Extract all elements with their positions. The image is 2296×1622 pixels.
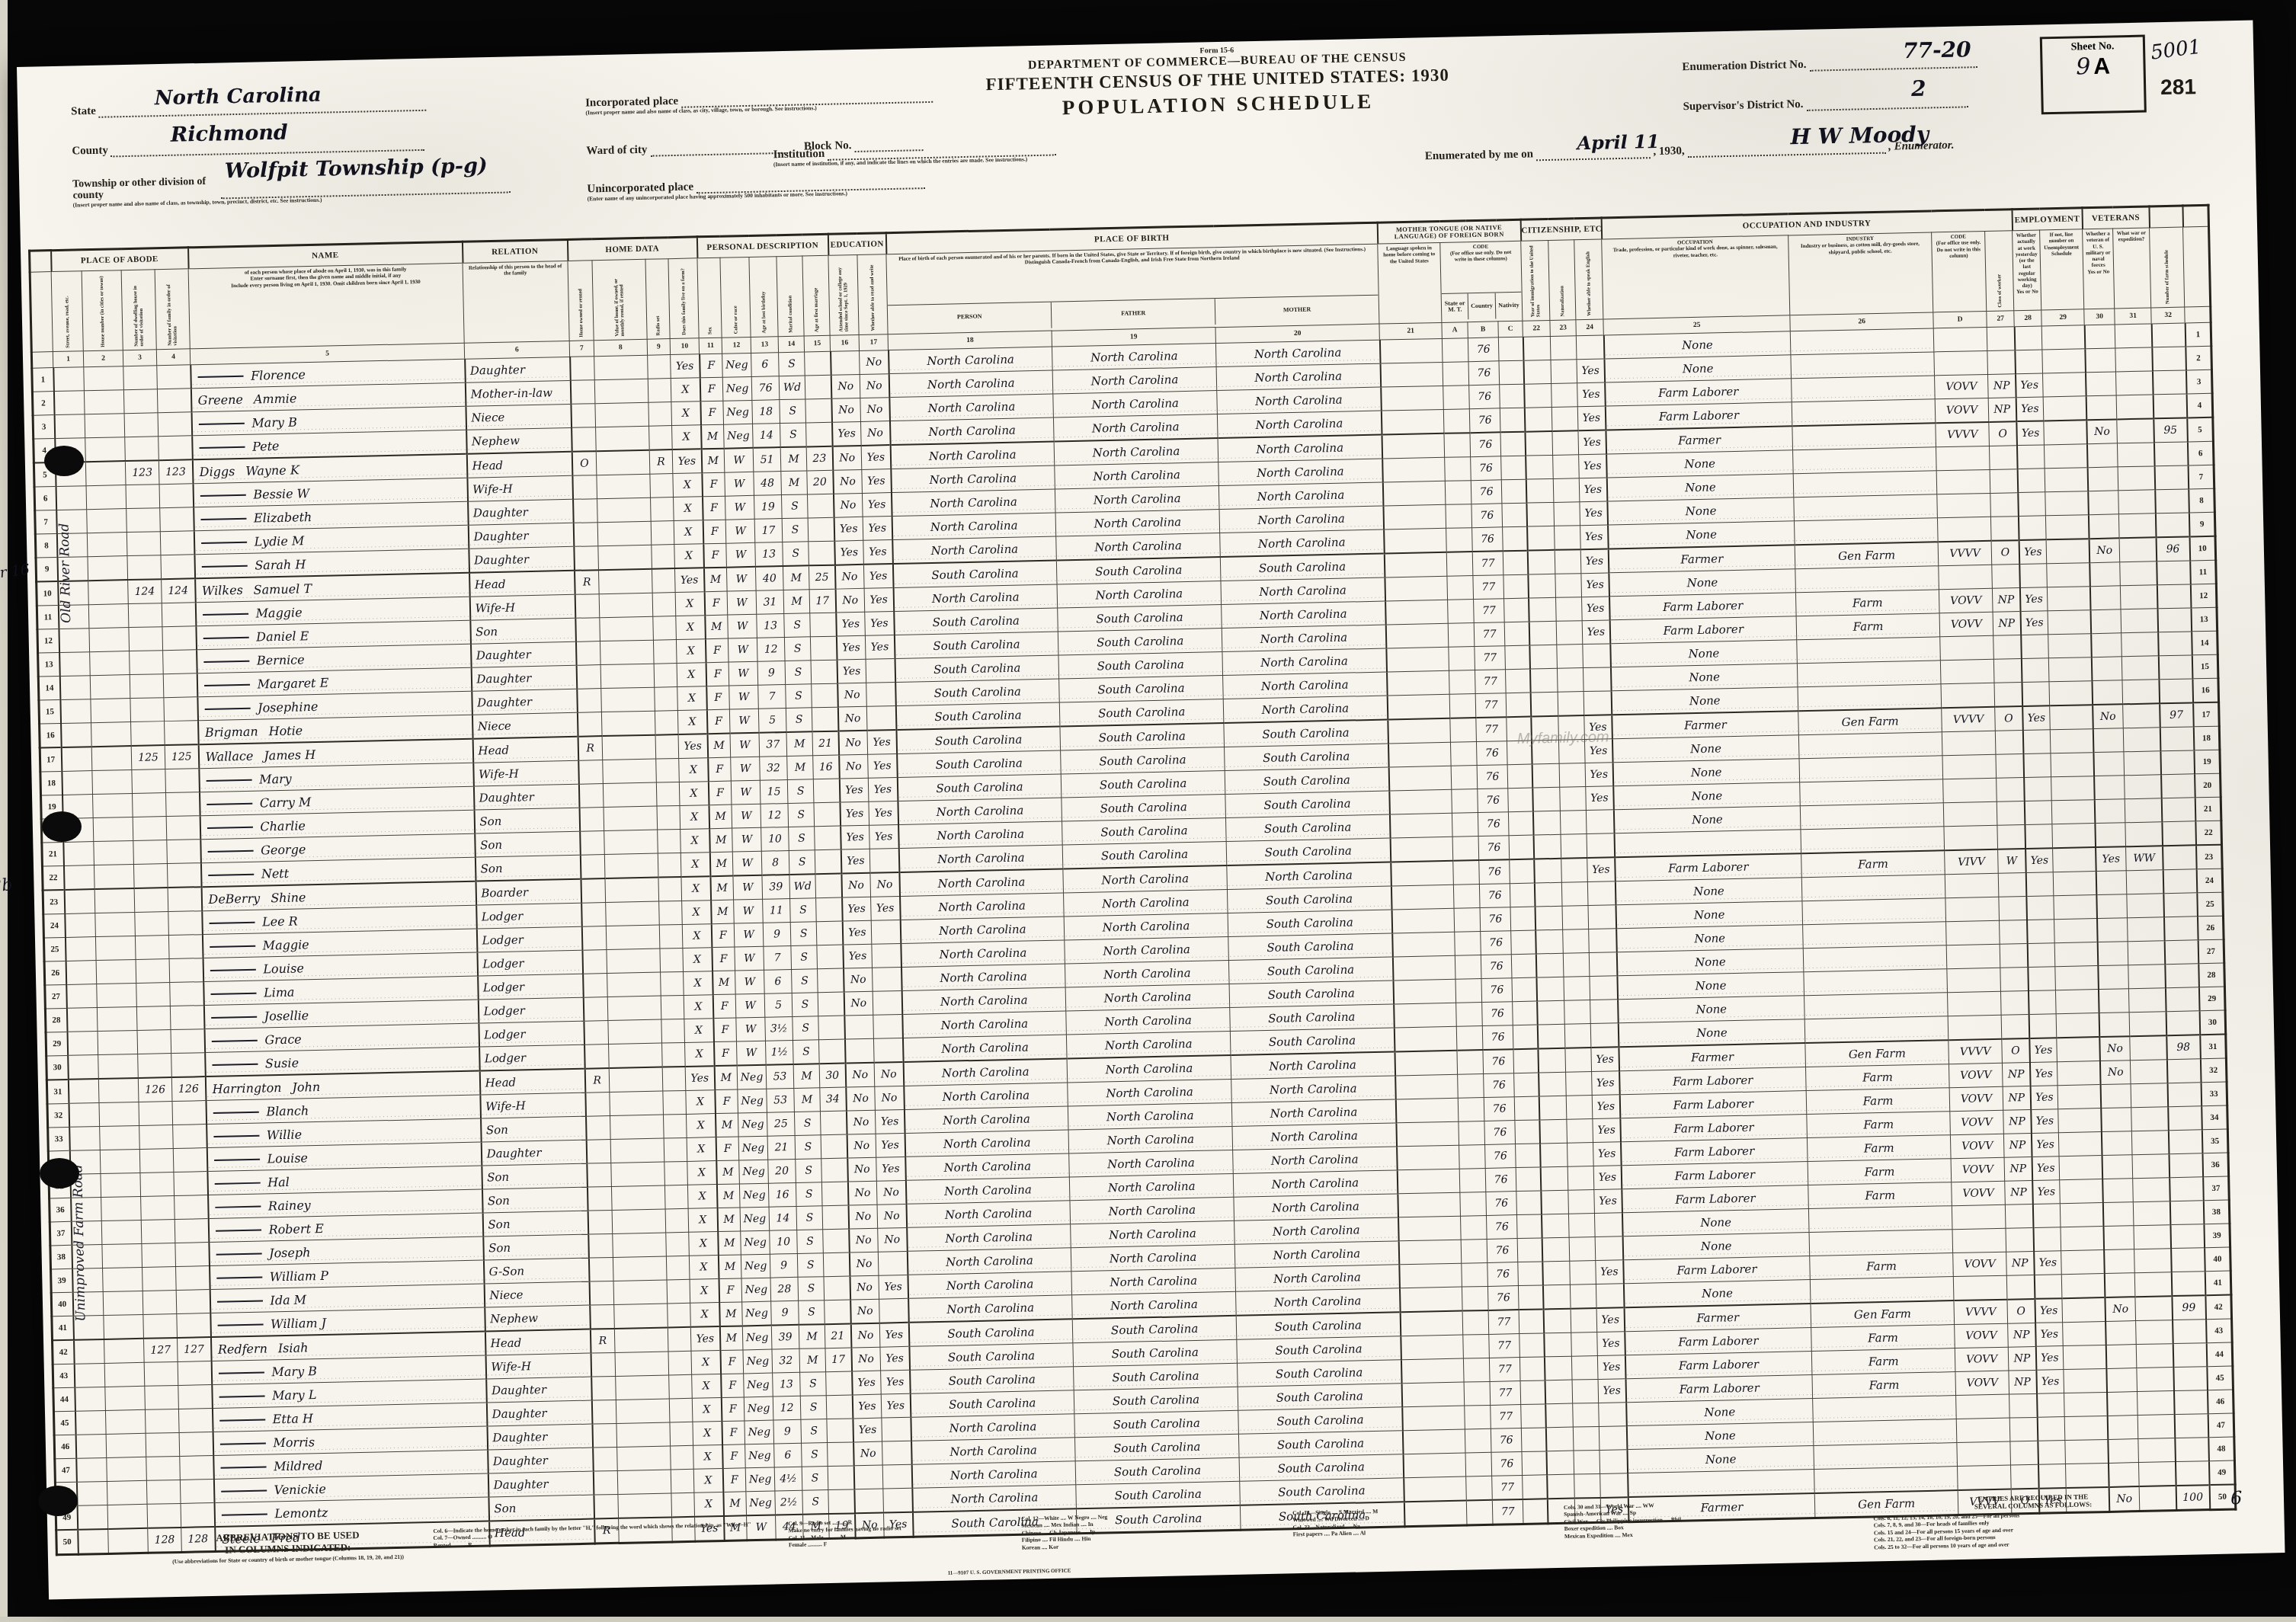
cell-sx: F: [722, 1468, 746, 1492]
cell-ms: S: [787, 779, 814, 804]
column-number: 31: [2115, 308, 2151, 325]
cell-bp: North Carolina: [892, 536, 1057, 564]
cell-bp: North Carolina: [901, 987, 1066, 1014]
cell-cb: 76: [1488, 1286, 1519, 1310]
cell-f: [171, 1053, 206, 1077]
cell-ind: [1799, 756, 1943, 782]
cell-fm: Yes: [672, 449, 702, 473]
cell-l2: 9: [2189, 512, 2216, 536]
cell-bm: South Carolina: [1225, 791, 1390, 817]
cell-f: [159, 436, 193, 460]
cell-rw: [871, 920, 901, 944]
cell-fm: X: [675, 592, 705, 616]
cell-bm: South Carolina: [1224, 720, 1388, 747]
cell-cd: [1948, 1015, 2002, 1040]
cell-rw: [873, 990, 902, 1015]
cell-v: [612, 1209, 666, 1233]
cell-wk: [2037, 1417, 2065, 1441]
cell-cc: [1514, 1073, 1539, 1097]
cell-vt: [2094, 776, 2125, 800]
cell-h: [86, 485, 126, 510]
cell-sx: M: [704, 568, 728, 592]
cell-ra: [666, 1256, 690, 1280]
cell-am: [818, 1016, 845, 1040]
cell-d: [135, 912, 169, 936]
cell-f: [175, 1243, 210, 1267]
cell-cb: 76: [1478, 836, 1510, 860]
cell-cr: W: [725, 495, 755, 520]
cell-fs: [2153, 394, 2187, 418]
cell-r: Lodger: [479, 1021, 584, 1047]
cell-rw: [882, 1417, 911, 1441]
cell-cb: 76: [1472, 527, 1503, 552]
cell-h: [97, 983, 137, 1007]
cell-h: [93, 794, 133, 818]
cell-wk: [2017, 445, 2045, 469]
cell-cw: [2006, 1227, 2034, 1252]
cell-bp: North Carolina: [898, 821, 1063, 848]
census-table: PLACE OF ABODENAMERELATIONHOME DATAPERSO…: [28, 204, 2237, 1556]
cell-cb: 76: [1487, 1239, 1518, 1263]
cell-ra: [652, 593, 676, 617]
cell-sc: [845, 1038, 875, 1063]
cell-lg: [1391, 885, 1455, 910]
ditto-dash: [203, 637, 248, 639]
cell-ca: [1446, 528, 1473, 552]
cell-v: [595, 402, 649, 427]
cell-bf: North Carolina: [1070, 1197, 1234, 1224]
column-header: INDUSTRY Industry or business, as cotton…: [1788, 232, 1933, 315]
cell-st: [61, 723, 92, 747]
cell-ra: [668, 1351, 692, 1375]
cell-cc: [1507, 764, 1532, 789]
cell-sx: F: [712, 947, 735, 971]
cell-d: [146, 1480, 181, 1504]
cell-cw: [2000, 967, 2029, 991]
cell-am: [815, 849, 841, 874]
cell-h: [100, 1125, 140, 1150]
cell-lg: [1391, 861, 1454, 886]
cell-na: [1555, 526, 1581, 550]
cell-cc: [1510, 883, 1535, 907]
cell-bm: South Carolina: [1226, 838, 1391, 865]
cell-cd: [1946, 920, 2000, 945]
cell-ag: 10: [770, 1230, 798, 1254]
cell-en: Yes: [1578, 430, 1606, 454]
cell-v: [600, 616, 654, 641]
cell-cc: [1522, 1451, 1547, 1476]
cell-cr: Neg: [741, 1278, 771, 1302]
cell-im: [1541, 1190, 1569, 1214]
cell-ca: [1456, 1003, 1483, 1027]
cell-ms: S: [799, 1300, 825, 1325]
cell-im: [1535, 953, 1564, 977]
cell-rw: Yes: [868, 778, 898, 802]
cell-bf: North Carolina: [1064, 913, 1228, 939]
cell-oc: None: [1615, 878, 1802, 905]
punch-hole: [38, 1486, 78, 1516]
cell-wk: [2025, 824, 2053, 849]
cell-ra: [663, 1090, 687, 1115]
cell-sc: No: [846, 1110, 876, 1134]
cell-h: [107, 1504, 148, 1529]
cell-ra: [651, 497, 674, 522]
cell-oc: None: [1611, 664, 1798, 691]
cell-un: [2063, 1345, 2106, 1369]
surname: Wilkes: [202, 582, 243, 597]
cell-oc: Farm Laborer: [1605, 379, 1792, 406]
cell-l: 44: [53, 1387, 75, 1412]
cell-o: [574, 546, 599, 571]
cell-na: [1555, 574, 1582, 598]
cell-l: 9: [36, 558, 58, 582]
cell-un: [2045, 468, 2088, 492]
cell-l: 42: [53, 1340, 75, 1364]
table-body: 1FlorenceDaughterYesFNeg6SNoNorth Caroli…: [32, 322, 2236, 1555]
cell-am: [821, 1182, 848, 1206]
cell-o: [581, 926, 607, 951]
cell-am: [828, 1442, 854, 1467]
cell-ca: [1464, 1358, 1491, 1382]
cell-sc: [831, 350, 860, 375]
cell-wk: Yes: [2020, 611, 2048, 635]
cell-h: [92, 770, 133, 795]
cell-v: [614, 1327, 668, 1352]
cell-cb: 77: [1475, 670, 1507, 694]
cell-un: [2062, 1297, 2105, 1323]
cell-v: [605, 878, 659, 903]
cell-fm: X: [677, 710, 707, 734]
cell-sx: M: [716, 1184, 740, 1208]
cell-wr: [2121, 632, 2159, 657]
cell-na: [1552, 430, 1579, 455]
cell-ca: [1446, 504, 1472, 529]
cell-bm: South Carolina: [1228, 910, 1392, 936]
cell-bf: North Carolina: [1066, 1031, 1231, 1058]
cell-cb: 76: [1468, 338, 1499, 362]
cell-sc: Yes: [839, 778, 869, 802]
cell-cc: [1503, 551, 1528, 575]
watermark: Myfamily.com: [1517, 728, 1609, 748]
cell-am: 21: [825, 1323, 851, 1348]
cell-vt: [2095, 823, 2126, 847]
cell-vt: [2101, 1108, 2132, 1132]
cell-lg: [1402, 1429, 1465, 1454]
cell-im: [1543, 1309, 1571, 1333]
cell-wk: Yes: [2022, 705, 2051, 730]
cell-wk: [2026, 896, 2054, 920]
surname: DeBerry: [208, 891, 260, 906]
cell-cr: Neg: [745, 1420, 774, 1444]
cell-fm: X: [682, 924, 712, 949]
cell-sc: No: [838, 731, 868, 755]
cell-f: [165, 792, 200, 817]
cell-f: [178, 1385, 213, 1409]
cell-fm: X: [684, 971, 713, 996]
cell-cb: 77: [1489, 1334, 1520, 1358]
cell-cb: 77: [1492, 1476, 1523, 1500]
note-col14: Col. 14—Single .... S Married .... M Wid…: [1292, 1504, 1545, 1537]
cell-cw: [1997, 801, 2025, 826]
cell-na: [1550, 336, 1577, 360]
cell-wk: [2022, 730, 2051, 754]
cell-ind: [1809, 1206, 1953, 1233]
cell-ra: [669, 1398, 693, 1422]
given-name: John: [292, 1079, 320, 1094]
cell-fs: 95: [2154, 417, 2188, 442]
cell-cc: [1502, 503, 1527, 527]
cell-en: Yes: [1591, 1047, 1619, 1071]
cell-sc: [853, 1465, 883, 1489]
cell-cw: O: [2007, 1299, 2035, 1323]
column-header: House number (in cities or towns): [82, 270, 123, 351]
cell-ms: S: [796, 1159, 822, 1183]
cell-rw: Yes: [862, 469, 892, 494]
cell-st: [63, 865, 94, 890]
cell-lg: [1395, 1051, 1458, 1076]
cell-lg: [1384, 528, 1447, 553]
cell-bp: South Carolina: [895, 679, 1060, 705]
cell-oc: Farm Laborer: [1625, 1375, 1813, 1403]
cell-en: Yes: [1598, 1379, 1626, 1403]
stamp-5001: 5001: [2150, 36, 2202, 65]
cell-fm: X: [674, 544, 704, 568]
given-name: Morris: [273, 1435, 315, 1450]
cell-ind: [1797, 637, 1941, 664]
cell-ind: [1792, 376, 1936, 402]
cell-ca: [1448, 600, 1475, 624]
cell-ra: [656, 759, 680, 783]
cell-fs: [2160, 750, 2195, 775]
cell-cr: W: [727, 567, 757, 591]
cell-o: [570, 380, 595, 405]
cell-cd: [1942, 754, 1997, 779]
cell-r: Lodger: [478, 997, 584, 1023]
cell-un: [2061, 1273, 2105, 1298]
cell-oc: None: [1608, 521, 1795, 549]
cell-im: [1529, 621, 1557, 645]
cell-ra: [655, 734, 679, 759]
column-header: [2183, 226, 2211, 307]
cell-wk: Yes: [2032, 1157, 2060, 1181]
cell-ca: [1442, 338, 1468, 363]
cell-en: Yes: [1579, 454, 1607, 478]
cell-rw: Yes: [863, 540, 893, 565]
ditto-dash: [214, 1182, 260, 1185]
corner-note: 6: [2230, 1487, 2243, 1508]
cell-cr: Neg: [743, 1349, 773, 1374]
group-header: PERSONAL DESCRIPTION: [696, 234, 828, 258]
cell-bm: North Carolina: [1227, 862, 1391, 889]
cell-ca: [1447, 576, 1474, 600]
cell-v: [600, 664, 655, 688]
ditto-dash: [203, 613, 248, 616]
cell-sx: F: [714, 1041, 738, 1066]
cell-en: Yes: [1592, 1071, 1620, 1096]
cell-ag: 1½: [766, 1040, 794, 1064]
cell-r: Son: [470, 618, 576, 644]
cell-ind: Farm: [1808, 1182, 1952, 1209]
cell-ind: Gen Farm: [1795, 542, 1939, 568]
cell-ra: [663, 1114, 687, 1138]
cell-v: [599, 593, 653, 617]
cell-am: [810, 636, 837, 661]
cell-oc: None: [1624, 1280, 1811, 1308]
cell-h: [105, 1386, 146, 1410]
cell-cc: [1510, 859, 1535, 884]
cell-cw: [2009, 1393, 2038, 1418]
cell-ca: [1458, 1097, 1484, 1121]
cell-ra: [664, 1137, 687, 1162]
cell-l: 26: [44, 961, 66, 985]
cell-im: [1532, 811, 1561, 835]
cell-bf: South Carolina: [1058, 605, 1222, 632]
cell-cw: NP: [2008, 1346, 2036, 1371]
cell-ind: [1803, 945, 1947, 972]
given-name: Hal: [267, 1174, 290, 1189]
cell-am: 17: [825, 1348, 852, 1372]
cell-o: [571, 404, 596, 428]
cell-cc: [1498, 337, 1523, 361]
cell-im: [1539, 1096, 1567, 1120]
cell-wk: Yes: [2030, 1062, 2058, 1086]
cell-bf: South Carolina: [1074, 1387, 1238, 1413]
cell-cc: [1513, 1001, 1538, 1025]
cell-fm: X: [671, 402, 701, 426]
cell-cw: NP: [2004, 1133, 2032, 1157]
cell-fs: [2166, 1011, 2200, 1035]
cell-cb: 77: [1488, 1310, 1519, 1334]
cell-lg: [1395, 1074, 1459, 1099]
cell-h: [103, 1267, 143, 1291]
cell-ind: [1790, 328, 1934, 355]
cell-ca: [1449, 647, 1475, 671]
cell-ms: S: [795, 1135, 821, 1160]
cell-am: [808, 517, 834, 542]
cell-bm: South Carolina: [1229, 981, 1394, 1007]
cell-im: [1537, 1000, 1565, 1025]
cell-r: Son: [481, 1116, 587, 1142]
cell-ms: S: [790, 898, 817, 923]
cell-r: Daughter: [471, 665, 577, 691]
cell-ra: [658, 853, 681, 877]
cell-h: [106, 1433, 146, 1457]
cell-ca: [1455, 979, 1482, 1003]
cell-ind: [1792, 399, 1936, 426]
cell-bp: South Carolina: [908, 1319, 1073, 1346]
cell-ind: Farm: [1796, 613, 1940, 640]
cell-fm: X: [671, 378, 700, 402]
cell-h: [98, 1030, 138, 1054]
cell-vt: [2086, 372, 2117, 396]
column-number: 27: [1987, 311, 2014, 328]
cell-cr: Neg: [737, 1065, 767, 1089]
cell-wk: [2021, 635, 2049, 659]
cell-im: [1537, 1024, 1565, 1048]
cell-ind: [1798, 661, 1942, 687]
cell-ind: Farm: [1807, 1112, 1951, 1138]
cell-ag: 13: [757, 614, 785, 638]
cell-rw: No: [878, 1227, 908, 1252]
cell-v: [616, 1375, 670, 1400]
cell-vt: [2091, 657, 2122, 681]
cell-f: [157, 389, 191, 413]
cell-oc: Farm Laborer: [1623, 1256, 1811, 1284]
column-header: What war or expedition?: [2113, 228, 2151, 309]
cell-am: [819, 1039, 846, 1064]
cell-rw: Yes: [864, 588, 894, 613]
cell-am: [813, 779, 840, 803]
cell-sx: F: [713, 1018, 737, 1042]
cell-ca: [1449, 670, 1476, 695]
cell-cc: [1508, 811, 1533, 836]
cell-cc: [1506, 669, 1531, 693]
cell-f: [174, 1172, 208, 1196]
cell-oc: None: [1616, 925, 1804, 952]
cell-lg: [1398, 1192, 1461, 1217]
cell-un: [2059, 1156, 2102, 1180]
column-number: 10: [670, 338, 699, 355]
cell-am: [816, 921, 843, 945]
ditto-dash: [216, 1300, 262, 1303]
cell-na: [1559, 763, 1586, 788]
cell-ind: [1798, 684, 1942, 711]
cell-un: [2058, 1109, 2102, 1133]
cell-oc: None: [1612, 759, 1800, 786]
cell-ra: [649, 426, 673, 450]
cell-im: [1536, 977, 1564, 1001]
cell-bp: North Carolina: [898, 845, 1063, 872]
cell-bf: South Carolina: [1075, 1457, 1240, 1484]
column-header: Class of worker: [1985, 231, 2014, 312]
cell-cr: Neg: [742, 1301, 772, 1326]
cell-wr: [2116, 395, 2154, 419]
cell-l: 16: [40, 723, 62, 747]
cell-ag: 39: [762, 875, 790, 899]
cell-v: [597, 497, 652, 522]
cell-fs: [2171, 1248, 2205, 1272]
cell-r: Daughter: [486, 1400, 592, 1426]
cell-en: [1589, 929, 1617, 953]
cell-lg: [1390, 813, 1453, 838]
cell-na: [1571, 1284, 1597, 1308]
cell-cw: O: [2002, 1038, 2030, 1063]
cell-d: [125, 437, 159, 461]
cell-sc: [844, 1015, 874, 1039]
cell-im: [1527, 550, 1555, 574]
cell-na: [1563, 953, 1590, 977]
cell-sx: M: [709, 828, 733, 853]
cell-l: 18: [40, 771, 62, 795]
cell-en: [1600, 1473, 1628, 1498]
cell-ag: 9: [771, 1300, 799, 1325]
cell-cd: [1934, 350, 1988, 375]
cell-v: [607, 996, 661, 1020]
cell-sx: M: [711, 900, 735, 924]
cell-cc: [1514, 1096, 1539, 1121]
cell-rw: [882, 1464, 912, 1489]
sub-column-header: Nativity: [1495, 293, 1522, 319]
cell-v: [607, 949, 661, 973]
cell-ag: 3½: [765, 1016, 793, 1041]
cell-bf: North Carolina: [1055, 510, 1220, 536]
cell-ca: [1452, 789, 1478, 814]
cell-fs: [2167, 1059, 2202, 1083]
cell-ms: S: [786, 684, 812, 709]
cell-o: R: [584, 1068, 610, 1093]
cell-sc: No: [834, 493, 863, 517]
cell-l: 11: [37, 606, 59, 630]
